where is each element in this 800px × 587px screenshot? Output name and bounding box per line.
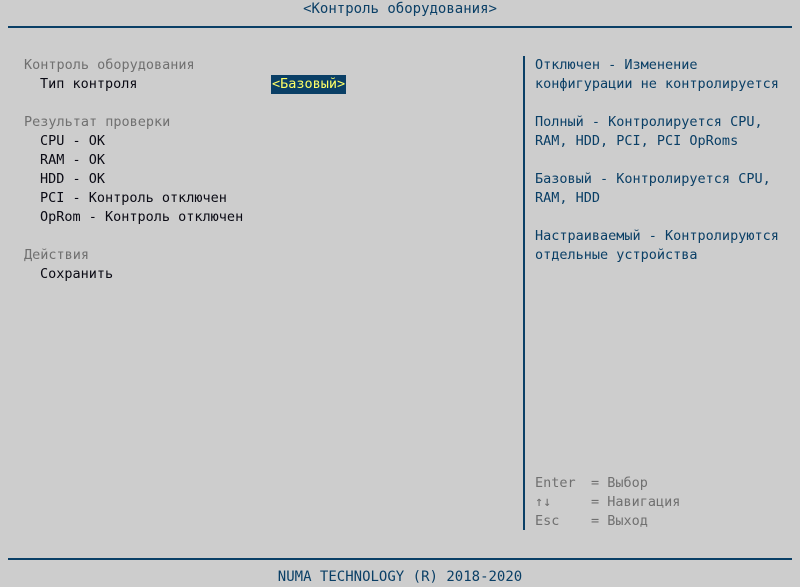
arrows-up-down-icon: ↑↓ bbox=[535, 493, 551, 512]
panel-divider bbox=[523, 56, 525, 530]
section-hardware-control: Контроль оборудования bbox=[24, 56, 195, 75]
save-button[interactable]: Сохранить bbox=[40, 265, 113, 284]
footer-copyright: NUMA TECHNOLOGY (R) 2018-2020 bbox=[0, 568, 800, 587]
result-ram: RAM - OK bbox=[40, 151, 105, 170]
enter-key: Enter bbox=[535, 474, 576, 493]
control-type-label[interactable]: Тип контроля bbox=[40, 75, 138, 94]
result-pci: PCI - Контроль отключен bbox=[40, 189, 227, 208]
result-oprom: OpRom - Контроль отключен bbox=[40, 208, 243, 227]
enter-key-action: = Выбор bbox=[591, 474, 648, 493]
help-line: Настраиваемый - Контролируются bbox=[535, 227, 779, 246]
section-actions: Действия bbox=[24, 246, 89, 265]
footer-divider bbox=[8, 558, 792, 560]
help-line: Отключен - Изменение bbox=[535, 56, 698, 75]
esc-key: Esc bbox=[535, 512, 559, 531]
help-line: конфигурации не контролируется bbox=[535, 75, 779, 94]
result-cpu: CPU - OK bbox=[40, 132, 105, 151]
esc-key-action: = Выход bbox=[591, 512, 648, 531]
page-title: <Контроль оборудования> bbox=[0, 0, 800, 19]
help-line: Полный - Контролируется CPU, bbox=[535, 113, 763, 132]
control-type-value[interactable]: <Базовый> bbox=[271, 75, 346, 94]
help-line: RAM, HDD, PCI, PCI OpRoms bbox=[535, 132, 738, 151]
navigation-key-action: = Навигация bbox=[591, 493, 680, 512]
help-line: RAM, HDD bbox=[535, 189, 600, 208]
help-line: Базовый - Контролируется CPU, bbox=[535, 170, 771, 189]
header-divider bbox=[8, 26, 792, 28]
help-line: отдельные устройства bbox=[535, 246, 698, 265]
result-hdd: HDD - OK bbox=[40, 170, 105, 189]
section-check-result: Результат проверки bbox=[24, 113, 170, 132]
